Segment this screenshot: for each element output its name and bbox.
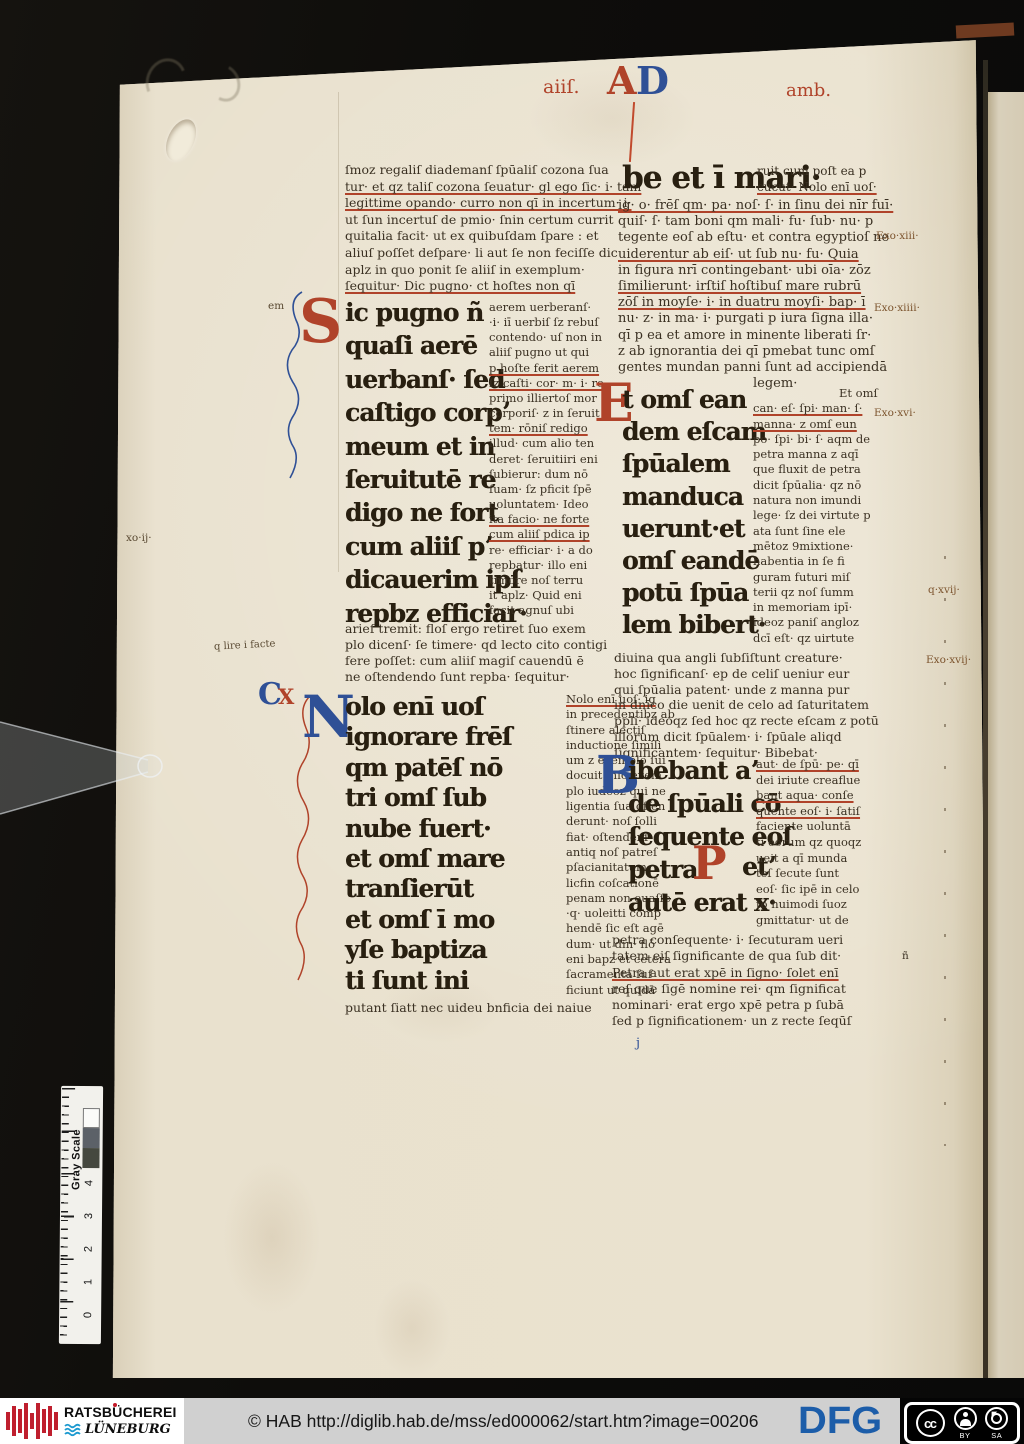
- book-gutter: [983, 60, 988, 1378]
- verse-nolo: olo enī uoſignorare frēſqm patēſ nōtri o…: [345, 692, 512, 996]
- library-name: RATSBÜCHEREI: [64, 1404, 177, 1420]
- catchword: j: [636, 1036, 640, 1051]
- running-header-right: amb.: [786, 80, 831, 101]
- gloss-mid-right: diuina qua angli ſubſiſtunt creature·hoc…: [614, 650, 879, 761]
- margin-note: em: [268, 300, 284, 312]
- grayscale-patches: [82, 1108, 100, 1168]
- chapter-number: X: [278, 686, 294, 707]
- cc-icon: cc: [916, 1409, 945, 1437]
- gloss-mid-full: arieſ tremit: floſ ergo retiret ſuo exem…: [345, 621, 607, 685]
- margin-note: q·xvij·: [928, 584, 960, 596]
- running-header-left: aiiſ.: [543, 76, 580, 98]
- library-logo-bars: [6, 1402, 58, 1440]
- cc-sa-label: SA: [991, 1431, 1002, 1440]
- gloss-et-column: Et omſcan· eſ· ſpi· man· ſ·manna· z omſ …: [753, 386, 878, 646]
- gloss-mid-column: aerem uerberanſ··i· iī uerbiſ ſz rebuſco…: [489, 300, 604, 618]
- gloss-right-full: ig· o· frēſ qm· pa· noſ· ſ· in ſinu dei …: [618, 198, 893, 392]
- footer-credit-bar: RATSBÜCHEREI LÜNEBURG © HAB http://digli…: [0, 1398, 1024, 1444]
- next-folio-edge: [988, 92, 1024, 1378]
- margin-note-exodus: Exo·xiii·: [876, 230, 919, 242]
- grayscale-calibration-ruler: Gray Scale 43210: [59, 1086, 103, 1344]
- digitized-manuscript-viewer: aiiſ. A D amb. ſmoz regaliſ diademanſ ſp…: [0, 0, 1024, 1444]
- cc-by-label: BY: [959, 1431, 970, 1440]
- grayscale-patch-white: [83, 1108, 100, 1128]
- margin-tick: ñ: [902, 950, 909, 962]
- cc-by-person-icon: [954, 1407, 977, 1430]
- header-initial-a: A: [607, 62, 636, 100]
- gloss-bibebant-column: aut· de ſpū· pe· qīdei iriute creaflueba…: [756, 757, 861, 929]
- library-logo: RATSBÜCHEREI LÜNEBURG: [0, 1398, 184, 1444]
- cc-sa-group: SA: [985, 1407, 1008, 1440]
- header-initial-d: D: [636, 62, 669, 100]
- waves-icon: [64, 1423, 82, 1437]
- margin-note-exodus: Exo·xvi·: [874, 407, 916, 419]
- initial-petra: P: [692, 840, 727, 886]
- dfg-logo: DFG: [798, 1400, 882, 1443]
- grayscale-patch-dark: [82, 1148, 99, 1168]
- margin-note-folio: xo·ij·: [126, 532, 152, 544]
- gloss-bottom-left: putant ſiatt nec uideu bnficia dei naiue: [345, 1000, 592, 1015]
- margin-note-exodus: Exo·xiiii·: [874, 302, 920, 314]
- logo-red-dot: [113, 1403, 117, 1407]
- verse-et-omnes: t omſ eandem eſcamſpūalemmanducauerunt·e…: [622, 384, 766, 642]
- initial-sic: S: [299, 292, 342, 352]
- ruler-numbers: 43210: [79, 1170, 98, 1328]
- pricking-holes: [944, 556, 946, 1146]
- cc-sa-arrow-icon: [985, 1407, 1008, 1430]
- gloss-mari: ruit cum poſt ea pcucut· Nolo enī uoſ·: [757, 164, 877, 195]
- cc-license-panel: cc BY SA: [900, 1398, 1024, 1444]
- margin-note-exodus: Exo·xvij·: [926, 654, 971, 666]
- gloss-top-left: ſmoz regaliſ diademanſ ſpūaliſ cozona ſu…: [345, 162, 641, 295]
- grayscale-patch-mid: [83, 1128, 100, 1148]
- binding-edge: [956, 22, 1015, 38]
- library-city: LÜNEBURG: [85, 1422, 171, 1437]
- cc-by-sa-badge: cc BY SA: [904, 1402, 1020, 1444]
- copyright-url: © HAB http://diglib.hab.de/mss/ed000062/…: [248, 1398, 759, 1444]
- gloss-petra: petra conſequente· i· ſecuturam ueritate…: [612, 932, 851, 1030]
- cc-by-group: BY: [954, 1407, 977, 1440]
